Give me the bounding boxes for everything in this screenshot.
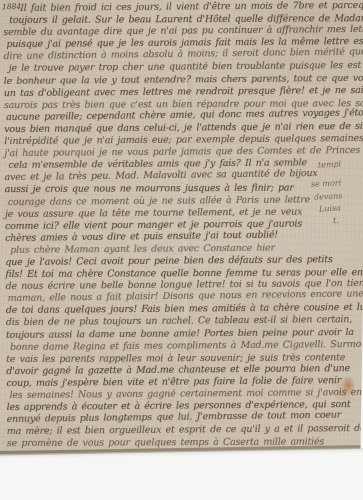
manuscript-line: te vais les parents rappelles moi à leur…: [6, 352, 363, 366]
margin-note: devans: [314, 191, 343, 201]
margin-note: se mori: [311, 178, 342, 189]
letter-page: 1884 Il fait bien froid ici ces jours, i…: [0, 0, 363, 500]
margin-note: tempi: [318, 159, 342, 169]
letter-body: Il fait bien froid ici ces jours, il vie…: [3, 0, 363, 450]
margin-note: t.: [333, 216, 339, 225]
manuscript-line: bonne dame Regina et fais mes compliment…: [10, 338, 363, 353]
margin-note: Luisa: [319, 203, 341, 213]
scan-background: 1884 Il fait bien froid ici ces jours, i…: [0, 0, 363, 500]
